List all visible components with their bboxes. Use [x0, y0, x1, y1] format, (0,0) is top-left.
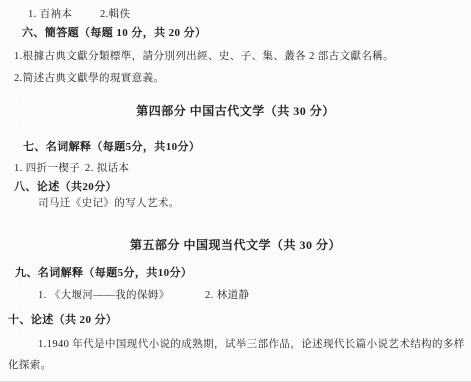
- term-item-jiyi: 2.輯佚: [100, 8, 130, 22]
- section8-heading: 八、论述（共20分）: [14, 180, 117, 194]
- section9-term2: 2. 林道静: [205, 289, 249, 303]
- part4-heading: 第四部分 中国古代文学（共 30 分）: [0, 102, 471, 119]
- section10-heading: 十、论述（共 20 分）: [8, 313, 117, 327]
- section10-question1: 1.1940 年代是中国现代小说的成熟期，试举三部作品，论述现代长篇小说艺术结构…: [8, 334, 466, 376]
- section7-term2: 2. 拟话本: [85, 162, 129, 176]
- section8-question1: 司马迁《史记》的写人艺术。: [38, 197, 180, 211]
- term-item-bainaben: 1. 百衲本: [28, 8, 72, 22]
- section6-heading: 六、簡答題（每題 10 分，共 20 分）: [22, 26, 206, 40]
- section9-term1: 1. 《大堰河——我的保姆》: [38, 289, 170, 303]
- section6-question1: 1.根據古典文獻分類標準，請分別列出經、史、子、集、叢各 2 部古文獻名稱。: [14, 50, 394, 64]
- part5-heading: 第五部分 中国现当代文学（共 30 分）: [0, 236, 471, 253]
- scanned-exam-page: 1. 百衲本 2.輯佚 六、簡答題（每題 10 分，共 20 分） 1.根據古典…: [0, 0, 471, 382]
- section6-question2: 2.简述古典文獻學的現實意義。: [14, 72, 164, 86]
- section7-heading: 七、名词解释（每题5分，共10分）: [23, 140, 200, 154]
- section7-term1: 1. 四折一楔子: [14, 162, 80, 176]
- section9-heading: 九、名词解释（每题5分，共10分）: [15, 266, 192, 280]
